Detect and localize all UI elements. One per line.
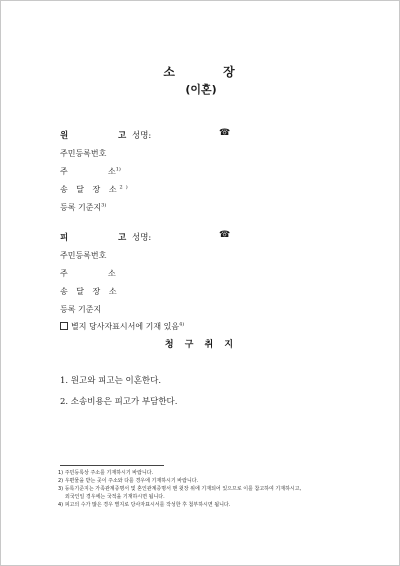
footnote: 3) 등록기준지는 가족관계증명서 및 혼인관계증명서 맨 윗장 위에 기재되어… [58,485,301,492]
plaintiff-field-registry: 등록 기준지3) [60,202,106,213]
defendant-field-registry: 등록 기준지 [60,304,101,315]
defendant-role-a: 피 [60,231,118,243]
plaintiff-role-a: 원 [60,129,118,141]
footnote: 4) 피고의 수가 많은 경우 별지로 당사자표시서를 작성한 후 첨부하시면 … [58,501,230,508]
plaintiff-field-service: 송 달 장 소2) [60,184,131,195]
document-page: 소 장 (이혼) 원고성명: ☎ 주민등록번호 주소1) 송 달 장 소2) 등… [0,0,400,566]
defendant-field-rrn: 주민등록번호 [60,250,106,261]
plaintiff-field-address: 주소1) [60,166,121,177]
document-subtitle: (이혼) [1,81,400,97]
defendant-field-service: 송 달 장 소 [60,286,120,297]
plaintiff-role-b: 고 [118,129,132,141]
plaintiff-header: 원고성명: [60,129,151,141]
footnote: 외국인일 경우에는 국적을 기재하시면 됩니다. [65,493,165,500]
plaintiff-name-label: 성명: [132,131,151,141]
claim-item: 1. 원고와 피고는 이혼한다. [60,374,161,386]
defendant-field-address: 주소 [60,268,116,279]
telephone-icon: ☎ [219,128,230,138]
footnote: 2) 우편물을 받는 곳이 주소와 다를 경우에 기재하시기 바랍니다. [58,477,198,484]
defendant-attachment-option[interactable]: 별지 당사자표시서에 기재 있음4) [60,321,184,332]
claims-heading: 청 구 취 지 [1,337,400,350]
defendant-name-label: 성명: [132,233,151,243]
attachment-checkbox-label: 별지 당사자표시서에 기재 있음 [71,322,179,331]
footnote: 1) 주민등록상 주소를 기재하시기 바랍니다. [58,469,153,476]
attachment-checkbox[interactable] [60,322,68,330]
footnote-divider [60,465,164,466]
defendant-role-b: 고 [118,231,132,243]
plaintiff-field-rrn: 주민등록번호 [60,148,106,159]
document-title: 소 장 [1,63,400,80]
telephone-icon: ☎ [219,230,230,240]
defendant-header: 피고성명: [60,231,151,243]
claim-item: 2. 소송비용은 피고가 부담한다. [60,395,177,407]
